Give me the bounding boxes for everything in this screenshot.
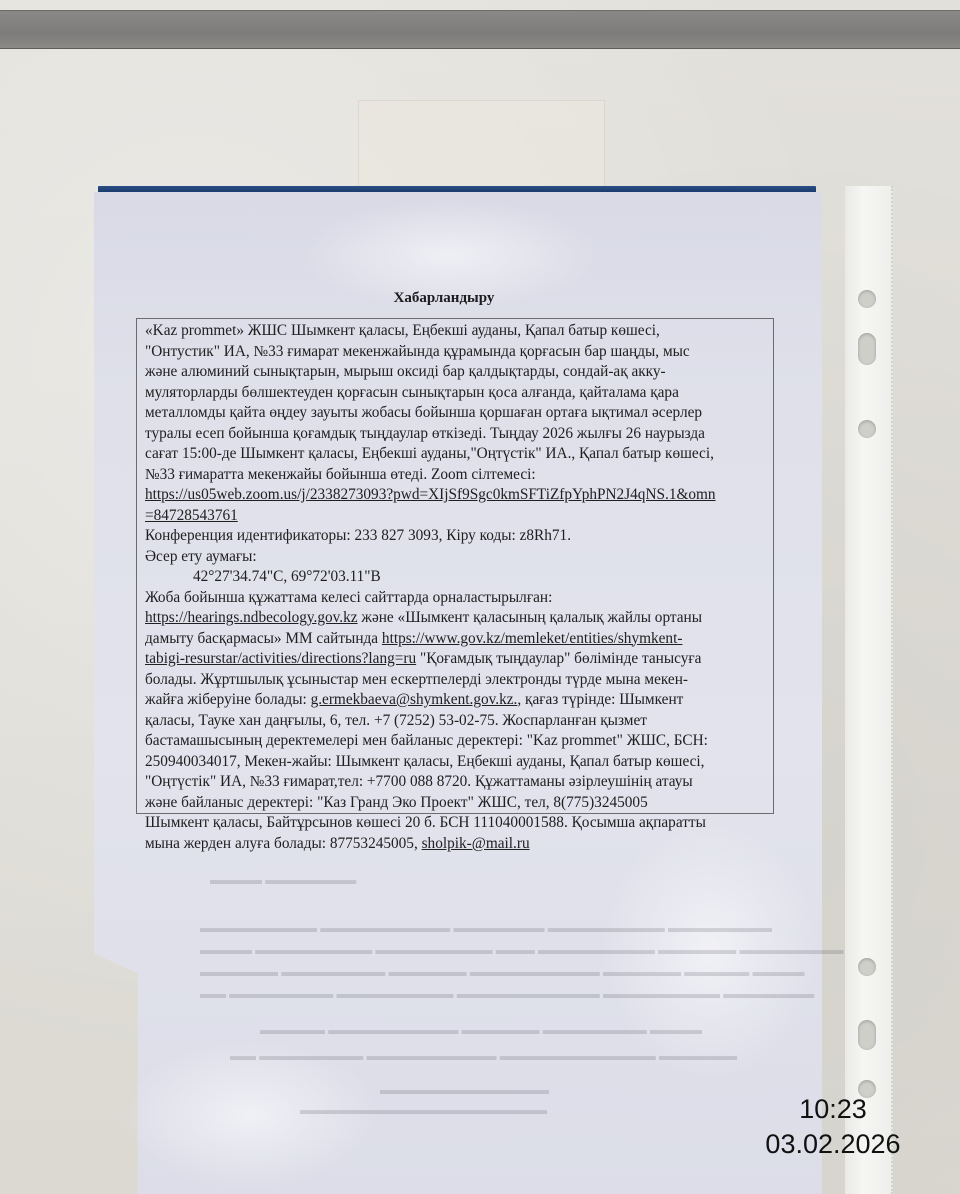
notice-body: «Kaz prommet» ЖШС Шымкент қаласы, Еңбекш… xyxy=(136,318,774,814)
body-line: металломды қайта өңдеу зауыты жобасы бой… xyxy=(145,403,767,424)
body-text: "Қоғамдық тыңдаулар" бөлімінде танысуға xyxy=(416,650,701,667)
wall-trim-band xyxy=(0,10,960,49)
body-line: №33 ғимаратта мекенжайы бойынша өтеді. Z… xyxy=(145,465,767,486)
notice-title: Хабарландыру xyxy=(94,290,794,307)
body-line: муляторларды бөлшектеуден қорғасын сынық… xyxy=(145,383,767,404)
body-line: Шымкент қаласы, Байтұрсынов көшесі 20 б.… xyxy=(145,813,767,834)
tape-residue xyxy=(358,100,605,192)
body-line: болады. Жұртшылық ұсыныстар мен ескертпе… xyxy=(145,670,767,691)
body-line: туралы есеп бойынша қоғамдық тыңдаулар ө… xyxy=(145,424,767,445)
show-through-text: ▬▬▬▬▬▬▬▬▬▬▬▬▬ xyxy=(380,1080,549,1100)
timestamp-date: 03.02.2026 xyxy=(748,1127,918,1162)
hearings-link[interactable]: https://hearings.ndbecology.gov.kz xyxy=(145,609,358,626)
impact-area-label: Әсер ету аумағы: xyxy=(145,547,767,568)
body-text: мына жерден алуға болады: 87753245005, xyxy=(145,835,422,852)
body-line: 250940034017, Мекен-жайы: Шымкент қаласы… xyxy=(145,752,767,773)
conference-id-line: Конференция идентификаторы: 233 827 3093… xyxy=(145,526,767,547)
body-line: бастамашысының деректемелері мен байланы… xyxy=(145,731,767,752)
show-through-text: ▬▬ ▬▬▬▬▬▬▬▬ ▬▬▬▬▬▬▬▬▬▬ ▬▬▬▬▬▬▬▬▬▬▬▬ ▬▬▬▬… xyxy=(230,1046,737,1066)
body-line: "Онтустик" ИА, №33 ғимарат мекенжайында … xyxy=(145,342,767,363)
docs-intro: Жоба бойынша құжаттама келесі сайттарда … xyxy=(145,588,767,609)
photo-timestamp: 10:23 03.02.2026 xyxy=(748,1092,918,1162)
punch-hole-icon xyxy=(858,1020,876,1050)
show-through-text: ▬▬▬▬▬▬ ▬▬▬▬▬▬▬▬ ▬▬▬▬▬▬ ▬▬▬▬▬▬▬▬▬▬ ▬▬▬▬▬▬… xyxy=(200,962,805,982)
body-line: және байланыс деректері: "Каз Гранд Эко … xyxy=(145,793,767,814)
contact-email-link[interactable]: sholpik-@mail.ru xyxy=(422,835,530,852)
body-text: және «Шымкент қаласының қалалық жайлы ор… xyxy=(358,609,702,626)
zoom-link[interactable]: https://us05web.zoom.us/j/2338273093?pwd… xyxy=(145,486,716,503)
show-through-text: ▬▬▬▬▬ ▬▬▬▬▬▬▬▬▬▬ ▬▬▬▬▬▬ ▬▬▬▬▬▬▬▬ ▬▬▬▬ xyxy=(260,1020,702,1040)
timestamp-time: 10:23 xyxy=(748,1092,918,1127)
body-text: жайға жіберуіне болады: xyxy=(145,691,311,708)
coordinates: 42°27'34.74"С, 69°72'03.11"В xyxy=(145,567,767,588)
show-through-text: ▬▬▬▬▬▬▬▬▬ ▬▬▬▬▬▬▬▬▬▬ ▬▬▬▬▬▬▬ ▬▬▬▬▬▬▬▬▬ ▬… xyxy=(200,918,772,938)
body-line: сағат 15:00-де Шымкент қаласы, Еңбекші а… xyxy=(145,444,767,465)
gov-link-continued[interactable]: tabigi-resurstar/activities/directions?l… xyxy=(145,650,416,667)
body-line: және алюминий сынықтарын, мырыш оксиді б… xyxy=(145,362,767,383)
punch-hole-icon xyxy=(858,290,876,308)
zoom-link-continued[interactable]: =84728543761 xyxy=(145,507,238,524)
show-through-text: ▬▬ ▬▬▬▬▬▬▬▬ ▬▬▬▬▬▬▬▬▬ ▬▬▬▬▬▬▬▬▬▬▬ ▬▬▬▬▬▬… xyxy=(200,984,814,1004)
punch-hole-icon xyxy=(858,420,876,438)
show-through-text: ▬▬▬▬ ▬▬▬▬▬▬▬▬▬ ▬▬▬▬▬▬▬▬▬ ▬▬▬ ▬▬▬▬▬▬▬▬▬ ▬… xyxy=(200,940,844,960)
show-through-text: ▬▬▬▬ ▬▬▬▬▬▬▬ xyxy=(210,870,356,890)
punch-hole-icon xyxy=(858,333,876,365)
email-link[interactable]: g.ermekbaeva@shymkent.gov.kz. xyxy=(311,691,518,708)
show-through-text: ▬▬▬▬▬▬▬▬▬▬▬▬▬▬▬▬▬▬▬ xyxy=(300,1100,547,1120)
body-text: дамыту басқармасы» ММ сайтында xyxy=(145,630,382,647)
punch-hole-icon xyxy=(858,958,876,976)
blue-folder-edge xyxy=(98,186,816,193)
gov-link[interactable]: https://www.gov.kz/memleket/entities/shy… xyxy=(382,630,683,647)
body-line: қаласы, Тауке хан даңғылы, 6, тел. +7 (7… xyxy=(145,711,767,732)
body-line: «Kaz prommet» ЖШС Шымкент қаласы, Еңбекш… xyxy=(145,321,767,342)
body-text: , қағаз түрінде: Шымкент xyxy=(517,691,683,708)
body-line: "Оңтүстік" ИА, №33 ғимарат,тел: +7700 08… xyxy=(145,772,767,793)
